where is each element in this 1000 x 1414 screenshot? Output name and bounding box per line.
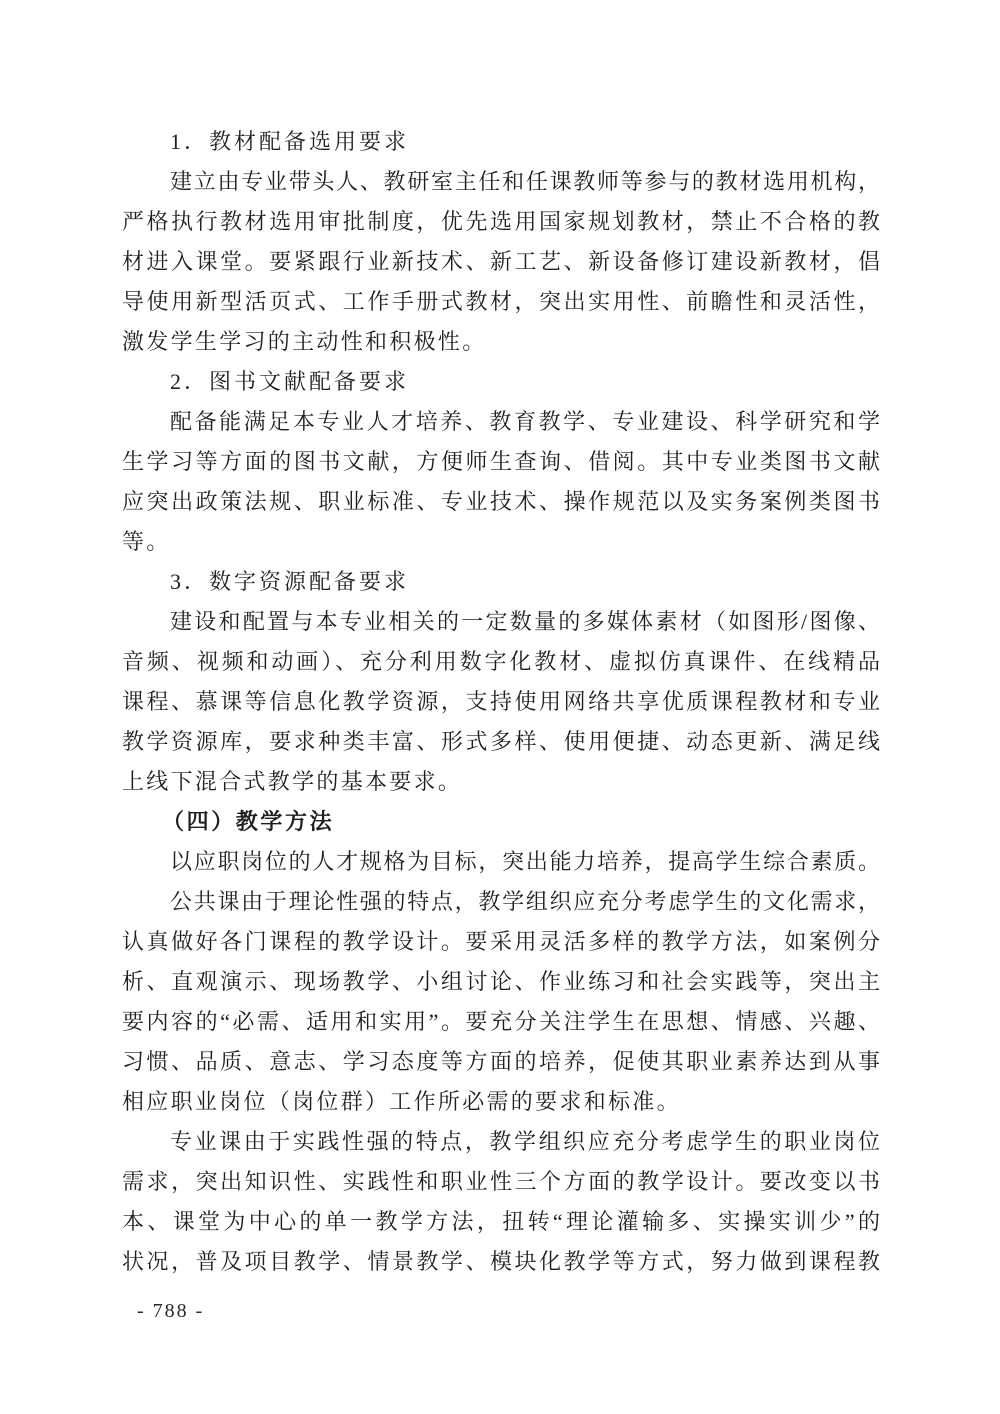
text-line: 应突出政策法规、职业标准、专业技术、操作规范以及实务案例类图书	[122, 482, 880, 522]
paragraph: 以应职岗位的人才规格为目标，突出能力培养，提高学生综合素质。	[122, 842, 880, 882]
section-heading: （四）教学方法	[122, 802, 880, 842]
text-line: 上线下混合式教学的基本要求。	[122, 762, 880, 802]
text-line: 公共课由于理论性强的特点，教学组织应充分考虑学生的文化需求，	[122, 882, 880, 922]
text-line: 3．数字资源配备要求	[122, 562, 880, 602]
text-line: 本、课堂为中心的单一教学方法，扭转“理论灌输多、实操实训少”的	[122, 1202, 880, 1242]
text-line: 1．教材配备选用要求	[122, 122, 880, 162]
document-body: 1．教材配备选用要求建立由专业带头人、教研室主任和任课教师等参与的教材选用机构，…	[122, 122, 880, 1282]
text-line: 2．图书文献配备要求	[122, 362, 880, 402]
text-line: 相应职业岗位（岗位群）工作所必需的要求和标准。	[122, 1082, 880, 1122]
text-line: 专业课由于实践性强的特点，教学组织应充分考虑学生的职业岗位	[122, 1122, 880, 1162]
text-line: 等。	[122, 522, 880, 562]
text-line: 建立由专业带头人、教研室主任和任课教师等参与的教材选用机构，	[122, 162, 880, 202]
text-line: 生学习等方面的图书文献，方便师生查询、借阅。其中专业类图书文献	[122, 442, 880, 482]
text-line: 配备能满足本专业人才培养、教育教学、专业建设、科学研究和学	[122, 402, 880, 442]
paragraph: 配备能满足本专业人才培养、教育教学、专业建设、科学研究和学生学习等方面的图书文献…	[122, 402, 880, 562]
numbered-heading: 3．数字资源配备要求	[122, 562, 880, 602]
text-line: 以应职岗位的人才规格为目标，突出能力培养，提高学生综合素质。	[122, 842, 880, 882]
text-line: 析、直观演示、现场教学、小组讨论、作业练习和社会实践等，突出主	[122, 962, 880, 1002]
text-line: 激发学生学习的主动性和积极性。	[122, 322, 880, 362]
text-line: 建设和配置与本专业相关的一定数量的多媒体素材（如图形/图像、	[122, 602, 880, 642]
paragraph: 专业课由于实践性强的特点，教学组织应充分考虑学生的职业岗位需求，突出知识性、实践…	[122, 1122, 880, 1282]
text-line: 要内容的“必需、适用和实用”。要充分关注学生在思想、情感、兴趣、	[122, 1002, 880, 1042]
text-line: 认真做好各门课程的教学设计。要采用灵活多样的教学方法，如案例分	[122, 922, 880, 962]
paragraph: 公共课由于理论性强的特点，教学组织应充分考虑学生的文化需求，认真做好各门课程的教…	[122, 882, 880, 1122]
text-line: 音频、视频和动画）、充分利用数字化教材、虚拟仿真课件、在线精品	[122, 642, 880, 682]
text-line: 课程、慕课等信息化教学资源，支持使用网络共享优质课程教材和专业	[122, 682, 880, 722]
text-line: 导使用新型活页式、工作手册式教材，突出实用性、前瞻性和灵活性，	[122, 282, 880, 322]
numbered-heading: 1．教材配备选用要求	[122, 122, 880, 162]
paragraph: 建立由专业带头人、教研室主任和任课教师等参与的教材选用机构，严格执行教材选用审批…	[122, 162, 880, 362]
text-line: 教学资源库，要求种类丰富、形式多样、使用便捷、动态更新、满足线	[122, 722, 880, 762]
text-line: 需求，突出知识性、实践性和职业性三个方面的教学设计。要改变以书	[122, 1162, 880, 1202]
text-line: 材进入课堂。要紧跟行业新技术、新工艺、新设备修订建设新教材，倡	[122, 242, 880, 282]
text-line: 严格执行教材选用审批制度，优先选用国家规划教材，禁止不合格的教	[122, 202, 880, 242]
page-footer: - 788 -	[137, 1300, 204, 1323]
page-number: - 788 -	[137, 1300, 204, 1322]
text-line: 状况，普及项目教学、情景教学、模块化教学等方式，努力做到课程教	[122, 1242, 880, 1282]
paragraph: 建设和配置与本专业相关的一定数量的多媒体素材（如图形/图像、音频、视频和动画）、…	[122, 602, 880, 802]
document-page: 1．教材配备选用要求建立由专业带头人、教研室主任和任课教师等参与的教材选用机构，…	[0, 0, 1000, 1414]
numbered-heading: 2．图书文献配备要求	[122, 362, 880, 402]
text-line: 习惯、品质、意志、学习态度等方面的培养，促使其职业素养达到从事	[122, 1042, 880, 1082]
text-line: （四）教学方法	[122, 802, 880, 842]
